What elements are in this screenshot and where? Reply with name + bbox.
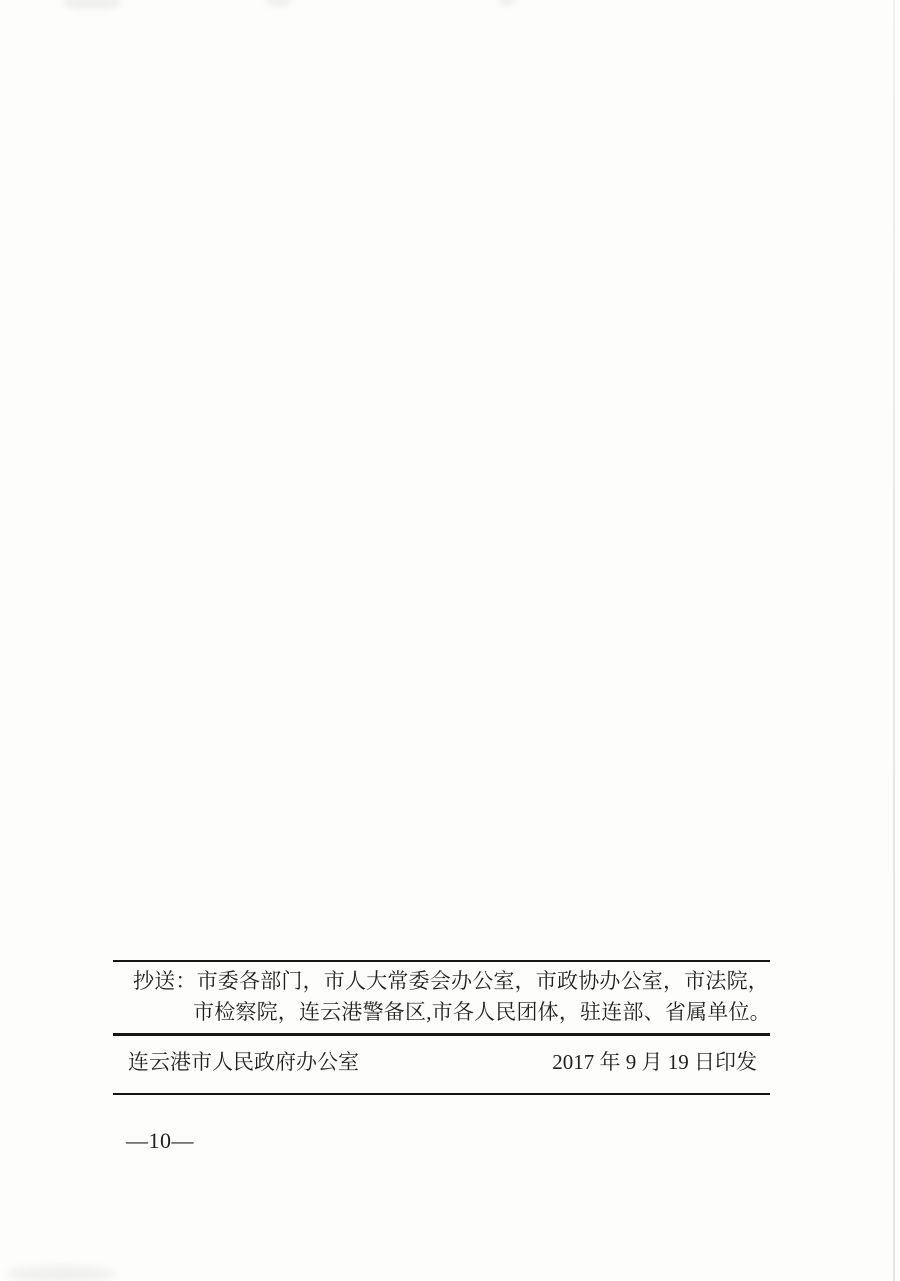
separator-rule-bottom <box>113 1093 770 1095</box>
print-date: 2017 年 9 月 19 日印发 <box>552 1047 757 1077</box>
scan-artifact-line <box>893 0 895 1281</box>
scan-smudge <box>266 0 292 7</box>
cc-line-1: 抄送：市委各部门，市人大常委会办公室，市政协办公室，市法院， <box>133 966 781 997</box>
separator-rule-middle <box>113 1033 770 1036</box>
cc-recipients-1: 市委各部门，市人大常委会办公室，市政协办公室，市法院， <box>197 969 769 993</box>
scan-smudge <box>498 0 516 6</box>
cc-block: 抄送：市委各部门，市人大常委会办公室，市政协办公室，市法院， 市检察院，连云港警… <box>133 966 781 1028</box>
scan-smudge <box>6 1266 116 1281</box>
cc-recipients-2: 市检察院，连云港警备区,市各人民团体，驻连部、省属单位。 <box>133 997 781 1028</box>
page-number: —10— <box>126 1129 194 1153</box>
issuer-line: 连云港市人民政府办公室 2017 年 9 月 19 日印发 <box>128 1047 757 1077</box>
document-page: 抄送：市委各部门，市人大常委会办公室，市政协办公室，市法院， 市检察院，连云港警… <box>0 0 900 1281</box>
scan-smudge <box>62 0 122 10</box>
cc-label: 抄送： <box>133 969 197 993</box>
separator-rule-top <box>113 960 770 962</box>
issuer-name: 连云港市人民政府办公室 <box>128 1047 359 1077</box>
